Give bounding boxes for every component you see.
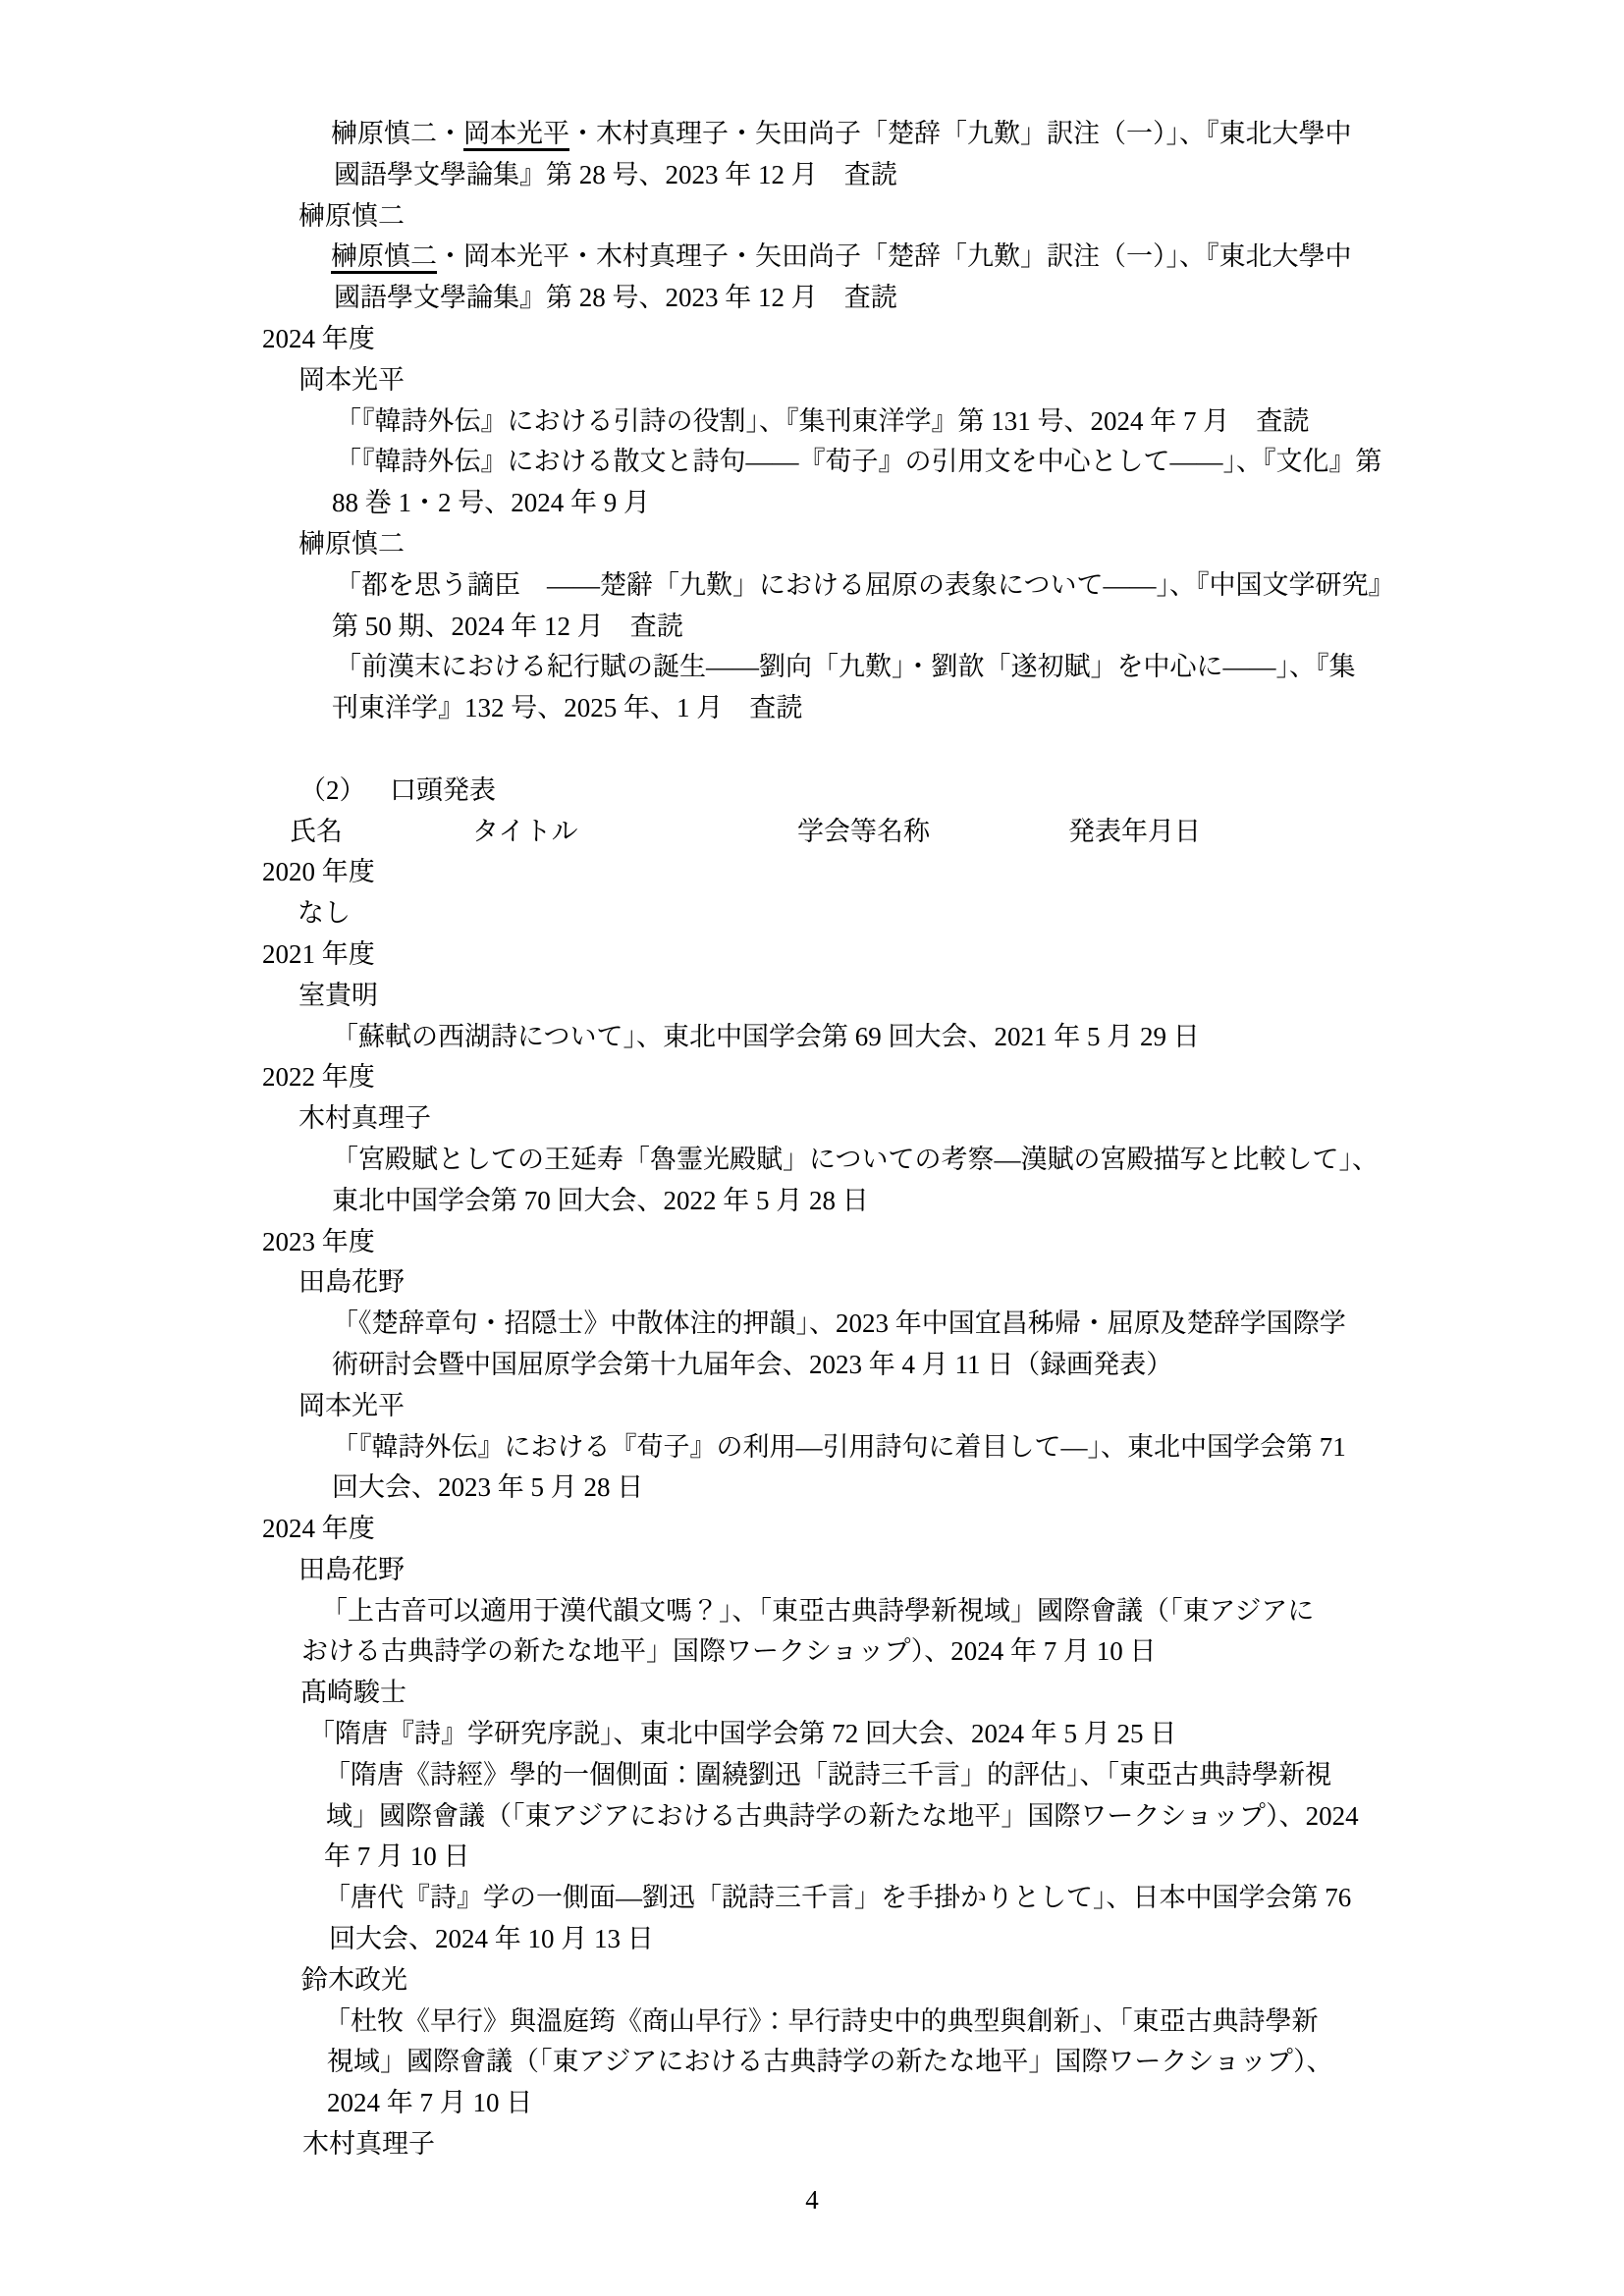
document-page: 榊原慎二・岡本光平・木村真理子・矢田尚子「楚辞「九歎」訳注（一）」、『東北大學中… bbox=[0, 0, 1624, 2296]
document-line: 2020 年度 bbox=[0, 852, 1624, 893]
text-segment: 「杜牧《早行》與溫庭筠《商山早行》：早行詩史中的典型與創新」、「東亞古典詩學新 bbox=[324, 2006, 1319, 2036]
document-line: 國語學文學論集』第 28 号、2023 年 12 月 査読 bbox=[0, 155, 1624, 196]
text-segment: 2024 年度 bbox=[262, 1514, 375, 1543]
document-line: なし bbox=[0, 893, 1624, 934]
text-segment: 2020 年度 bbox=[262, 857, 375, 886]
text-segment: 田島花野 bbox=[298, 1267, 405, 1297]
text-segment: ・木村真理子・矢田尚子「楚辞「九歎」訳注（一）」、『東北大學中 bbox=[569, 119, 1352, 148]
text-segment: 「『韓詩外伝』における散文と詩句――『荀子』の引用文を中心として――」、『文化』… bbox=[335, 447, 1382, 476]
text-segment: 「『韓詩外伝』における引詩の役割」、『集刊東洋学』第 131 号、2024 年 … bbox=[335, 406, 1309, 436]
document-line: 視域」國際會議（「東アジアにおける古典詩学の新たな地平」国際ワークショップ）、 bbox=[0, 2042, 1624, 2083]
document-line: 「都を思う謫臣 ――楚辭「九歎」における屈原の表象について――」、『中国文学研究… bbox=[0, 565, 1624, 607]
document-line: 木村真理子 bbox=[0, 1098, 1624, 1140]
text-segment: 回大会、2024 年 10 月 13 日 bbox=[329, 1924, 654, 1953]
text-segment: 「前漢末における紀行賦の誕生――劉向「九歎」・劉歆「遂初賦」を中心に――」、『集 bbox=[335, 652, 1356, 681]
text-segment: 木村真理子 bbox=[298, 1103, 431, 1133]
document-line: 「蘇軾の西湖詩について」、東北中国学会第 69 回大会、2021 年 5 月 2… bbox=[0, 1017, 1624, 1058]
document-line: 年 7 月 10 日 bbox=[0, 1837, 1624, 1878]
text-segment: 年 7 月 10 日 bbox=[324, 1842, 470, 1871]
text-segment: 氏名 bbox=[290, 812, 343, 853]
text-segment: 刊東洋学』132 号、2025 年、1 月 査読 bbox=[332, 693, 802, 722]
document-line: 「隋唐《詩經》學的一個側面：圍繞劉迅「説詩三千言」的評估」、「東亞古典詩學新視 bbox=[0, 1755, 1624, 1796]
document-line: 榊原慎二・岡本光平・木村真理子・矢田尚子「楚辞「九歎」訳注（一）」、『東北大學中 bbox=[0, 237, 1624, 278]
document-line: 2021 年度 bbox=[0, 934, 1624, 976]
document-line: 木村真理子 bbox=[0, 2124, 1624, 2165]
text-segment: 髙崎駿士 bbox=[300, 1678, 406, 1707]
document-line: 「『韓詩外伝』における『荀子』の利用―引用詩句に着目して―」、東北中国学会第 7… bbox=[0, 1427, 1624, 1468]
text-segment: 「隋唐《詩經》學的一個側面：圍繞劉迅「説詩三千言」的評估」、「東亞古典詩學新視 bbox=[324, 1760, 1331, 1789]
text-segment: 「隋唐『詩』学研究序説」、東北中国学会第 72 回大会、2024 年 5 月 2… bbox=[308, 1719, 1176, 1748]
document-line: 域」國際會議（「東アジアにおける古典詩学の新たな地平」国際ワークショップ）、20… bbox=[0, 1796, 1624, 1838]
text-segment: 「唐代『詩』学の一側面―劉迅「説詩三千言」を手掛かりとして」、日本中国学会第 7… bbox=[324, 1883, 1351, 1912]
document-line: 88 巻 1・2 号、2024 年 9 月 bbox=[0, 483, 1624, 524]
text-segment: 発表年月日 bbox=[1068, 812, 1201, 853]
text-segment: 榊原慎二 bbox=[298, 529, 405, 559]
blank-line bbox=[0, 729, 1624, 771]
text-segment: 國語學文學論集』第 28 号、2023 年 12 月 査読 bbox=[334, 283, 897, 312]
document-line: 回大会、2024 年 10 月 13 日 bbox=[0, 1919, 1624, 1960]
document-line: 田島花野 bbox=[0, 1550, 1624, 1591]
document-lines: 榊原慎二・岡本光平・木村真理子・矢田尚子「楚辞「九歎」訳注（一）」、『東北大學中… bbox=[0, 114, 1624, 2165]
text-segment: 東北中国学会第 70 回大会、2022 年 5 月 28 日 bbox=[332, 1186, 869, 1215]
document-line: 2024 年度 bbox=[0, 1509, 1624, 1550]
document-line: 「宮殿賦としての王延寿「魯霊光殿賦」についての考察―漢賦の宮殿描写と比較して」、 bbox=[0, 1140, 1624, 1181]
document-line: 岡本光平 bbox=[0, 360, 1624, 401]
text-segment: 木村真理子 bbox=[302, 2129, 435, 2159]
document-line: 東北中国学会第 70 回大会、2022 年 5 月 28 日 bbox=[0, 1181, 1624, 1222]
document-line: 2022 年度 bbox=[0, 1057, 1624, 1098]
document-line: 「隋唐『詩』学研究序説」、東北中国学会第 72 回大会、2024 年 5 月 2… bbox=[0, 1714, 1624, 1755]
document-line: 室貴明 bbox=[0, 976, 1624, 1017]
text-segment: ・岡本光平・木村真理子・矢田尚子「楚辞「九歎」訳注（一）」、『東北大學中 bbox=[437, 241, 1352, 271]
document-line: 「《楚辞章句・招隠士》中散体注的押韻」、2023 年中国宜昌秭帰・屈原及楚辞学国… bbox=[0, 1304, 1624, 1345]
text-segment: 口頭発表 bbox=[390, 771, 496, 812]
document-line: 刊東洋学』132 号、2025 年、1 月 査読 bbox=[0, 688, 1624, 729]
underlined-text: 榊原慎二 bbox=[331, 241, 437, 271]
document-line: 「『韓詩外伝』における引詩の役割」、『集刊東洋学』第 131 号、2024 年 … bbox=[0, 401, 1624, 443]
document-line: 回大会、2023 年 5 月 28 日 bbox=[0, 1468, 1624, 1509]
text-segment: 術研討会暨中国屈原学会第十九届年会、2023 年 4 月 11 日（録画発表） bbox=[332, 1350, 1172, 1379]
text-segment: 國語學文學論集』第 28 号、2023 年 12 月 査読 bbox=[334, 160, 897, 189]
text-segment: 第 50 期、2024 年 12 月 査読 bbox=[332, 612, 683, 641]
text-segment: 2024 年 7 月 10 日 bbox=[327, 2088, 532, 2117]
text-segment: おける古典詩学の新たな地平」国際ワークショップ）、2024 年 7 月 10 日 bbox=[301, 1636, 1156, 1666]
text-segment: 岡本光平 bbox=[298, 1391, 405, 1420]
text-segment: 田島花野 bbox=[298, 1555, 405, 1584]
document-line: 「杜牧《早行》與溫庭筠《商山早行》：早行詩史中的典型與創新」、「東亞古典詩學新 bbox=[0, 2002, 1624, 2043]
text-segment: タイトル bbox=[472, 812, 577, 853]
page-number: 4 bbox=[805, 2185, 819, 2215]
text-segment: 室貴明 bbox=[298, 981, 378, 1010]
document-line: 「唐代『詩』学の一側面―劉迅「説詩三千言」を手掛かりとして」、日本中国学会第 7… bbox=[0, 1878, 1624, 1919]
document-line: 國語學文學論集』第 28 号、2023 年 12 月 査読 bbox=[0, 278, 1624, 319]
document-line: 榊原慎二 bbox=[0, 196, 1624, 238]
document-line: 2024 年 7 月 10 日 bbox=[0, 2083, 1624, 2124]
document-line: 岡本光平 bbox=[0, 1386, 1624, 1427]
text-segment: 「蘇軾の西湖詩について」、東北中国学会第 69 回大会、2021 年 5 月 2… bbox=[332, 1022, 1200, 1051]
text-segment: なし bbox=[298, 898, 351, 928]
text-segment: 視域」國際會議（「東アジアにおける古典詩学の新たな地平」国際ワークショップ）、 bbox=[327, 2047, 1333, 2076]
underlined-text: 岡本光平 bbox=[463, 119, 569, 148]
text-segment: 「都を思う謫臣 ――楚辭「九歎」における屈原の表象について――」、『中国文学研究… bbox=[335, 570, 1394, 600]
text-segment: 鈴木政光 bbox=[301, 1965, 407, 1995]
text-segment: 2024 年度 bbox=[262, 324, 375, 353]
text-segment: 学会等名称 bbox=[797, 812, 930, 853]
document-line: 田島花野 bbox=[0, 1262, 1624, 1304]
page-footer: 4 bbox=[0, 2180, 1624, 2221]
text-segment: 「『韓詩外伝』における『荀子』の利用―引用詩句に着目して―」、東北中国学会第 7… bbox=[332, 1432, 1346, 1462]
text-segment: 88 巻 1・2 号、2024 年 9 月 bbox=[332, 488, 650, 517]
document-line: 2023 年度 bbox=[0, 1222, 1624, 1263]
document-line: 術研討会暨中国屈原学会第十九届年会、2023 年 4 月 11 日（録画発表） bbox=[0, 1345, 1624, 1386]
text-segment: 岡本光平 bbox=[298, 365, 405, 395]
document-line: 鈴木政光 bbox=[0, 1960, 1624, 2002]
text-segment: 「宮殿賦としての王延寿「魯霊光殿賦」についての考察―漢賦の宮殿描写と比較して」、 bbox=[332, 1145, 1379, 1174]
document-line: 「前漢末における紀行賦の誕生――劉向「九歎」・劉歆「遂初賦」を中心に――」、『集 bbox=[0, 647, 1624, 688]
document-line: 榊原慎二・岡本光平・木村真理子・矢田尚子「楚辞「九歎」訳注（一）」、『東北大學中 bbox=[0, 114, 1624, 155]
text-segment: 榊原慎二 bbox=[298, 201, 405, 231]
text-segment: 「上古音可以適用于漢代韻文嗎？」、「東亞古典詩學新視域」國際會議（「東アジアに bbox=[321, 1596, 1314, 1626]
document-line: 氏名タイトル学会等名称発表年月日 bbox=[0, 812, 1624, 853]
text-segment: 回大会、2023 年 5 月 28 日 bbox=[332, 1472, 643, 1502]
document-line: 「上古音可以適用于漢代韻文嗎？」、「東亞古典詩學新視域」國際會議（「東アジアに bbox=[0, 1591, 1624, 1632]
text-segment: 2021 年度 bbox=[262, 939, 375, 969]
text-segment: 2023 年度 bbox=[262, 1227, 375, 1256]
document-line: 第 50 期、2024 年 12 月 査読 bbox=[0, 607, 1624, 648]
text-segment: 2022 年度 bbox=[262, 1062, 375, 1092]
document-line: おける古典詩学の新たな地平」国際ワークショップ）、2024 年 7 月 10 日 bbox=[0, 1631, 1624, 1673]
document-line: 「『韓詩外伝』における散文と詩句――『荀子』の引用文を中心として――」、『文化』… bbox=[0, 442, 1624, 483]
text-segment: （2） bbox=[299, 775, 366, 805]
text-segment: 域」國際會議（「東アジアにおける古典詩学の新たな地平」国際ワークショップ）、20… bbox=[326, 1801, 1359, 1831]
document-line: 髙崎駿士 bbox=[0, 1673, 1624, 1714]
document-line: 榊原慎二 bbox=[0, 524, 1624, 565]
document-line: 2024 年度 bbox=[0, 319, 1624, 360]
text-segment: 「《楚辞章句・招隠士》中散体注的押韻」、2023 年中国宜昌秭帰・屈原及楚辞学国… bbox=[332, 1308, 1346, 1338]
document-line: （2）口頭発表 bbox=[0, 771, 1624, 812]
text-segment: 榊原慎二・ bbox=[331, 119, 463, 148]
